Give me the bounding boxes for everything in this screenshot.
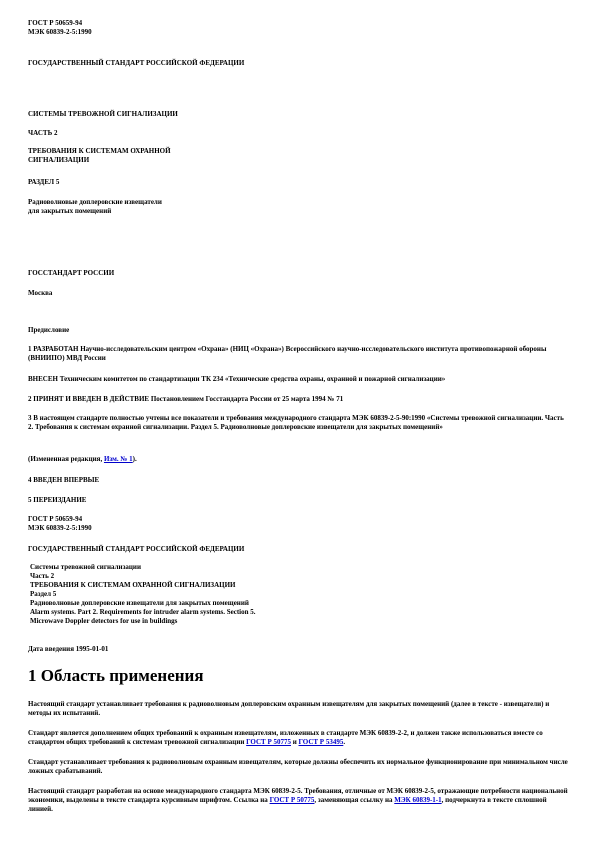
preface-item-1b: ВНЕСЕН Техническим комитетом по стандарт… [28,375,568,384]
gost-r-53495-link[interactable]: ГОСТ Р 53495 [299,738,344,746]
preface-item-5: 5 ПЕРЕИЗДАНИЕ [28,496,568,505]
amended-note: (Измененная редакция, Изм. № 1). [28,455,568,464]
section-1-heading: 1 Область применения [28,666,568,686]
preface-item-3: 3 В настоящем стандарте полностью учтены… [28,414,568,432]
intro-date: Дата введения 1995-01-01 [28,645,568,654]
part-title: ТРЕБОВАНИЯ К СИСТЕМАМ ОХРАННОЙ СИГНАЛИЗА… [28,147,568,165]
gost-number: ГОСТ Р 50659-94 [28,19,568,28]
gost-r-50775-link-2[interactable]: ГОСТ Р 50775 [270,796,315,804]
iec-60839-1-1-link[interactable]: МЭК 60839-1-1 [394,796,441,804]
part-label: ЧАСТЬ 2 [28,129,568,138]
iec-number: МЭК 60839-2-5:1990 [28,28,568,37]
doc-header-2: ГОСТ Р 50659-94 МЭК 60839-2-5:1990 [28,515,568,533]
doc-header: ГОСТ Р 50659-94 МЭК 60839-2-5:1990 [28,19,568,37]
state-standard-title: ГОСУДАРСТВЕННЫЙ СТАНДАРТ РОССИЙСКОЙ ФЕДЕ… [28,59,568,68]
section-label: РАЗДЕЛ 5 [28,178,568,187]
series-title: СИСТЕМЫ ТРЕВОЖНОЙ СИГНАЛИЗАЦИИ [28,110,568,119]
gost-r-50775-link[interactable]: ГОСТ Р 50775 [246,738,291,746]
gost-number-2: ГОСТ Р 50659-94 [28,515,568,524]
section-1-paragraph-2: Стандарт является дополнением общих треб… [28,729,568,747]
publisher-city: Москва [28,289,568,298]
iec-number-2: МЭК 60839-2-5:1990 [28,524,568,533]
section-1-paragraph-1: Настоящий стандарт устанавливает требова… [28,700,568,718]
section-title: Радиоволновые доплеровские извещатели дл… [28,198,568,216]
preface-item-2: 2 ПРИНЯТ И ВВЕДЕН В ДЕЙСТВИЕ Постановлен… [28,395,568,404]
preface-heading: Предисловие [28,326,568,335]
section-1-paragraph-3: Стандарт устанавливает требования к ради… [28,758,568,776]
preface-item-4: 4 ВВЕДЕН ВПЕРВЫЕ [28,476,568,485]
publisher-name: ГОССТАНДАРТ РОССИИ [28,269,568,278]
title-block-2: Системы тревожной сигнализации Часть 2 Т… [30,563,570,626]
preface-item-1: 1 РАЗРАБОТАН Научно-исследовательским це… [28,345,568,363]
amendment-1-link[interactable]: Изм. № 1 [104,455,133,463]
state-standard-title-2: ГОСУДАРСТВЕННЫЙ СТАНДАРТ РОССИЙСКОЙ ФЕДЕ… [28,545,568,554]
section-1-paragraph-4: Настоящий стандарт разработан на основе … [28,787,568,814]
